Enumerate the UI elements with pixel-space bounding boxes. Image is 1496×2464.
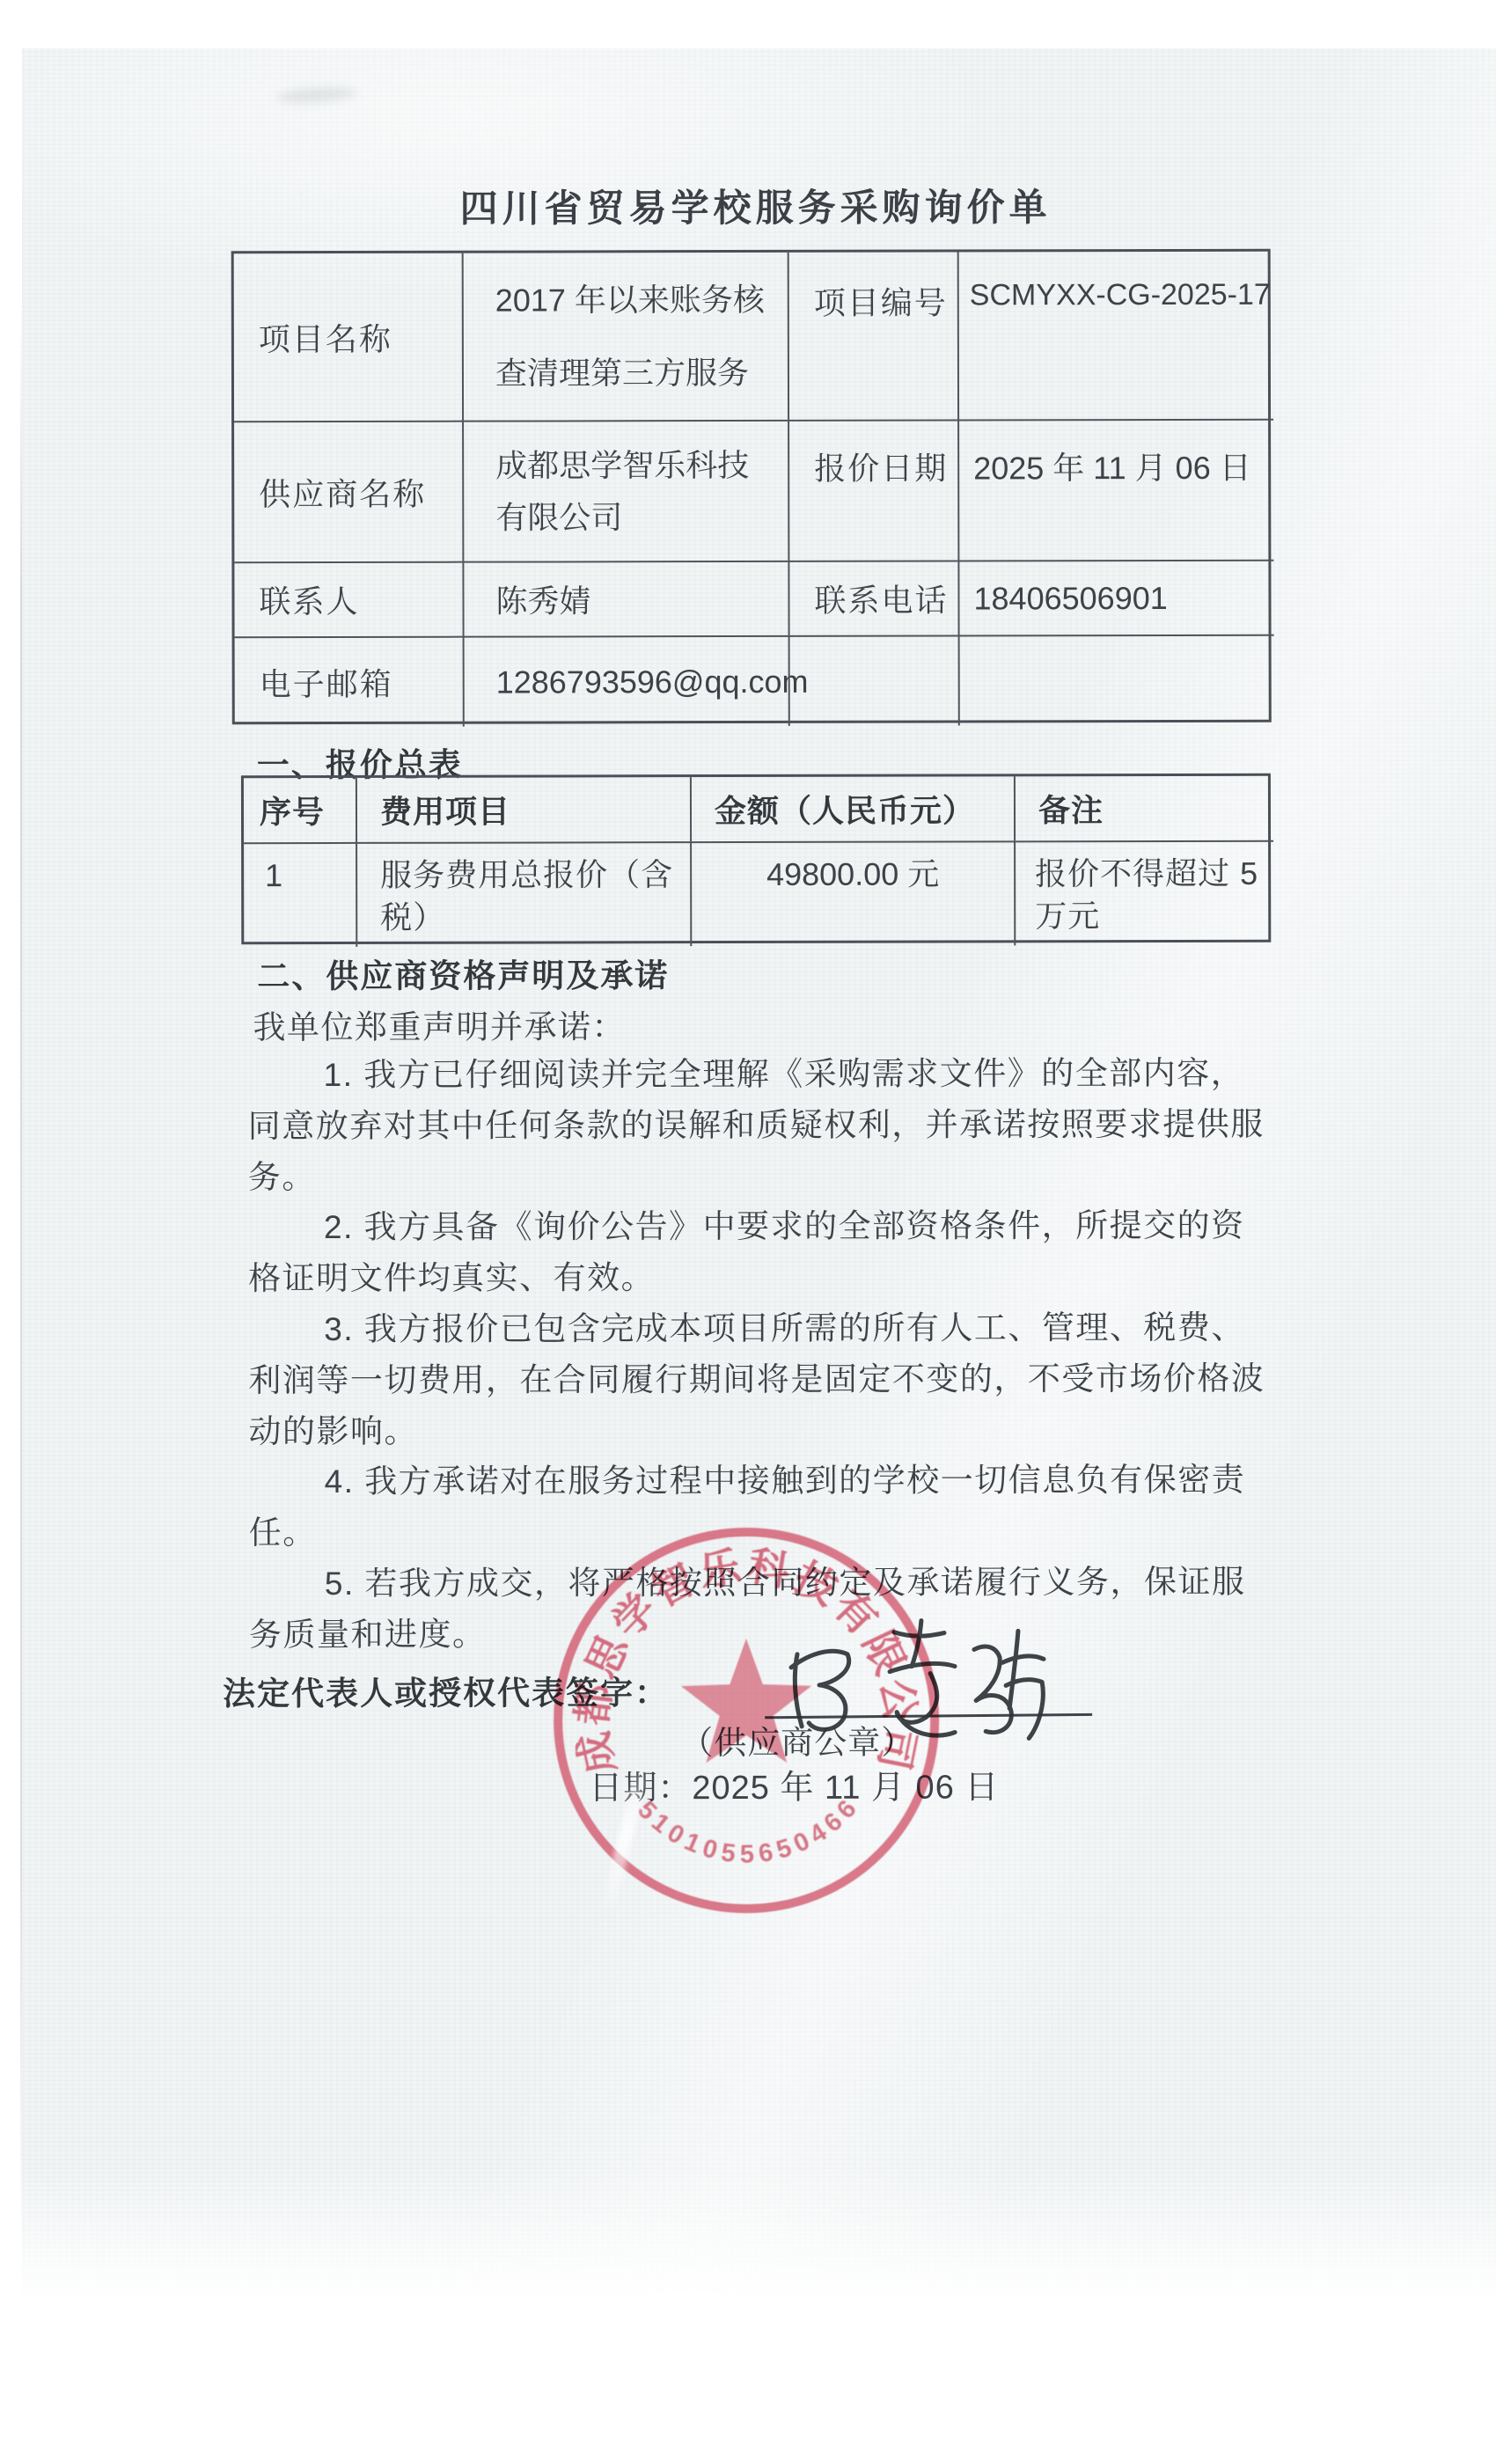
quote-header-note: 备注 bbox=[1014, 776, 1273, 841]
project-name-line2: 查清理第三方服务 bbox=[495, 348, 788, 394]
info-label-email: 电子邮箱 bbox=[235, 636, 463, 728]
info-value-project-name: 2017 年以来账务核 查清理第三方服务 bbox=[462, 253, 788, 421]
quote-note-line2: 万元 bbox=[1035, 895, 1273, 938]
project-info-table: 项目名称 2017 年以来账务核 查清理第三方服务 项目编号 SCMYXX-CG… bbox=[231, 249, 1272, 724]
quote-row-amount: 49800.00 元 bbox=[690, 840, 1014, 946]
company-seal: 成都思学智乐科技有限公司 5101055650466 bbox=[529, 1495, 970, 1936]
supplier-name-line2: 有限公司 bbox=[495, 493, 788, 539]
supplier-name-line1: 成都思学智乐科技 bbox=[495, 441, 788, 487]
project-name-line1: 2017 年以来账务核 bbox=[495, 275, 788, 321]
quote-item-line1: 服务费用总报价（含 bbox=[380, 854, 690, 897]
declaration-intro: 我单位郑重声明并承诺： bbox=[253, 1000, 626, 1048]
info-label-phone: 联系电话 bbox=[788, 560, 957, 634]
info-value-quote-date: 2025 年 11 月 06 日 bbox=[957, 419, 1273, 561]
info-value-email: 1286793596@qq.com bbox=[463, 635, 788, 727]
declaration-line: 务。 bbox=[248, 1149, 1295, 1202]
quote-row-note: 报价不得超过 5 万元 bbox=[1014, 840, 1273, 946]
info-value-phone: 18406506901 bbox=[957, 560, 1273, 635]
info-label-project-name: 项目名称 bbox=[234, 253, 462, 422]
quote-header-item: 费用项目 bbox=[356, 777, 690, 842]
seal-number-text: 5101055650466 bbox=[632, 1793, 864, 1868]
document-title: 四川省贸易学校服务采购询价单 bbox=[0, 177, 1496, 234]
scanned-document-page: 四川省贸易学校服务采购询价单 项目名称 2017 年以来账务核 查清理第三方服务… bbox=[0, 0, 1496, 2464]
info-label-supplier-name: 供应商名称 bbox=[234, 421, 462, 562]
quote-row-no: 1 bbox=[244, 842, 356, 947]
info-value-supplier-name: 成都思学智乐科技 有限公司 bbox=[462, 420, 788, 561]
declaration-line: 动的影响。 bbox=[248, 1404, 1295, 1456]
declaration-line: 2. 我方具备《询价公告》中要求的全部资格条件，所提交的资 bbox=[248, 1200, 1295, 1253]
quote-header-amount: 金额（人民币元） bbox=[690, 776, 1014, 841]
info-label-project-code: 项目编号 bbox=[788, 252, 957, 419]
seal-star-icon bbox=[681, 1639, 812, 1763]
info-value-contact: 陈秀婧 bbox=[462, 561, 788, 636]
info-value-empty bbox=[958, 634, 1274, 726]
info-value-project-code: SCMYXX-CG-2025-17 bbox=[957, 252, 1273, 420]
declaration-line: 同意放弃对其中任何条款的误解和质疑权利，并承诺按照要求提供服 bbox=[248, 1098, 1295, 1151]
info-label-contact: 联系人 bbox=[234, 561, 462, 637]
info-label-quote-date: 报价日期 bbox=[788, 419, 957, 560]
declaration-section-heading: 二、供应商资格声明及承诺 bbox=[257, 949, 669, 997]
info-label-empty bbox=[788, 634, 958, 725]
declaration-line: 3. 我方报价已包含完成本项目所需的所有人工、管理、税费、 bbox=[248, 1302, 1295, 1355]
declaration-line: 1. 我方已仔细阅读并完全理解《采购需求文件》的全部内容， bbox=[248, 1048, 1295, 1101]
quote-row-item: 服务费用总报价（含 税） bbox=[356, 841, 690, 947]
declaration-line: 利润等一切费用，在合同履行期间将是固定不变的，不受市场价格波 bbox=[248, 1353, 1295, 1405]
quote-note-line1: 报价不得超过 5 bbox=[1035, 853, 1273, 896]
quote-item-line2: 税） bbox=[380, 896, 690, 939]
declaration-line: 格证明文件均真实、有效。 bbox=[248, 1251, 1295, 1304]
quote-table: 序号 费用项目 金额（人民币元） 备注 1 服务费用总报价（含 税） 49800… bbox=[241, 774, 1271, 944]
quote-header-no: 序号 bbox=[244, 778, 356, 842]
document-content: 四川省贸易学校服务采购询价单 项目名称 2017 年以来账务核 查清理第三方服务… bbox=[0, 0, 1496, 2464]
